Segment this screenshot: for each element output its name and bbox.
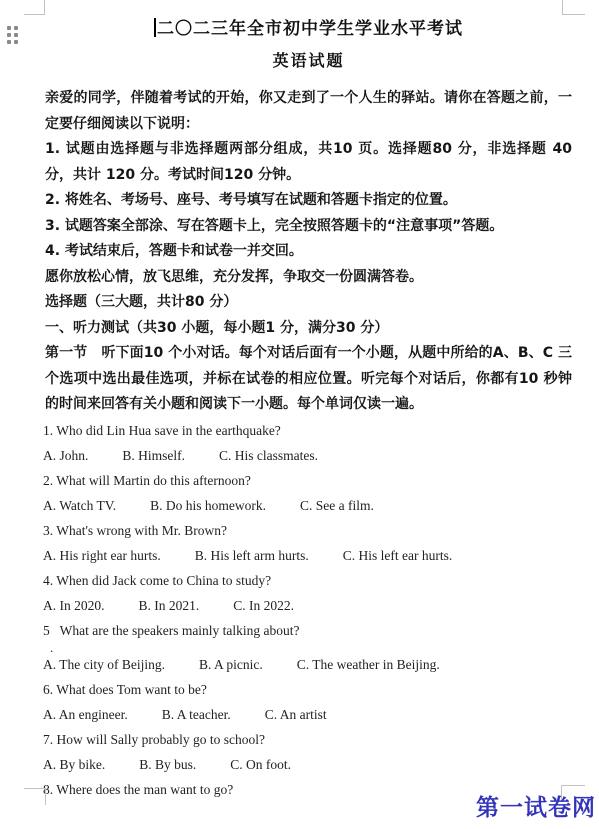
option-a: A. His right ear hurts. (43, 548, 161, 563)
listening-section-heading: 一、听力测试（共30 小题，每小题1 分，满分30 分） (45, 316, 572, 342)
question-options: A. John.B. Himself.C. His classmates. (43, 443, 572, 468)
drag-handle-icon[interactable] (7, 26, 18, 44)
option-c: C. On foot. (230, 757, 291, 772)
option-a: A. John. (43, 448, 88, 463)
notice-section: 亲爱的同学，伴随着考试的开始，你又走到了一个人生的驿站。请你在答题之前，一定要仔… (45, 86, 572, 418)
question-text: 6. What does Tom want to be? (43, 677, 572, 702)
corner-mark-bottom-left-icon (24, 788, 46, 805)
question-text: 7. How will Sally probably go to school? (43, 727, 572, 752)
option-a: A. Watch TV. (43, 498, 116, 513)
text-cursor-caret (154, 18, 156, 37)
part1-intro-paragraph: 第一节 听下面10 个小对话。每个对话后面有一个小题，从题中所给的A、B、C 三… (45, 341, 572, 418)
option-b: B. In 2021. (139, 598, 200, 613)
option-b: B. Do his homework. (150, 498, 266, 513)
question-options: A. His right ear hurts.B. His left arm h… (43, 543, 572, 568)
question-options: A. An engineer.B. A teacher.C. An artist (43, 702, 572, 727)
option-a: A. By bike. (43, 757, 105, 772)
option-c: C. His left ear hurts. (343, 548, 452, 563)
instruction-item-1: 1. 试题由选择题与非选择题两部分组成，共10 页。选择题80 分，非选择题 4… (45, 137, 572, 188)
choice-section-heading: 选择题（三大题，共计80 分） (45, 290, 572, 316)
option-a: A. In 2020. (43, 598, 105, 613)
instruction-item-4: 4. 考试结束后，答题卡和试卷一并交回。 (45, 239, 572, 265)
question-options: A. In 2020.B. In 2021.C. In 2022. (43, 593, 572, 618)
question-block-5: 5 What are the speakers mainly talking a… (45, 618, 572, 677)
questions-list: 1. Who did Lin Hua save in the earthquak… (45, 418, 572, 802)
corner-mark-top-left-icon (24, 0, 45, 15)
option-b: B. Himself. (122, 448, 185, 463)
question-options: A. Watch TV.B. Do his homework.C. See a … (43, 493, 572, 518)
exam-document-page: 二〇二三年全市初中学生学业水平考试 英语试题 亲爱的同学，伴随着考试的开始，你又… (0, 0, 599, 829)
option-c: C. See a film. (300, 498, 374, 513)
question-text: 3. What's wrong with Mr. Brown? (43, 518, 572, 543)
exam-subtitle: 英语试题 (45, 49, 572, 73)
question-text: 5 What are the speakers mainly talking a… (43, 618, 572, 643)
document-content: 二〇二三年全市初中学生学业水平考试 英语试题 亲爱的同学，伴随着考试的开始，你又… (0, 0, 599, 802)
corner-mark-top-right-icon (562, 0, 585, 15)
wish-line: 愿你放松心情，放飞思维，充分发挥，争取交一份圆满答卷。 (45, 265, 572, 291)
question-options: A. By bike.B. By bus.C. On foot. (43, 752, 572, 777)
site-watermark-link[interactable]: 第一试卷网 (476, 789, 596, 822)
question-text: 2. What will Martin do this afternoon? (43, 468, 572, 493)
option-b: B. A picnic. (199, 657, 263, 672)
stray-period-mark: . (50, 643, 572, 652)
option-c: C. In 2022. (233, 598, 294, 613)
exam-title: 二〇二三年全市初中学生学业水平考试 (45, 16, 572, 42)
question-block-2: 2. What will Martin do this afternoon? A… (45, 468, 572, 518)
instruction-item-3: 3. 试题答案全部涂、写在答题卡上，完全按照答题卡的“注意事项”答题。 (45, 214, 572, 240)
option-c: C. The weather in Beijing. (297, 657, 440, 672)
question-options: A. The city of Beijing.B. A picnic.C. Th… (43, 652, 572, 677)
option-a: A. The city of Beijing. (43, 657, 165, 672)
option-b: B. By bus. (139, 757, 196, 772)
option-b: B. A teacher. (162, 707, 231, 722)
option-b: B. His left arm hurts. (195, 548, 309, 563)
option-c: C. An artist (265, 707, 327, 722)
question-text: 4. When did Jack come to China to study? (43, 568, 572, 593)
greeting-paragraph: 亲爱的同学，伴随着考试的开始，你又走到了一个人生的驿站。请你在答题之前，一定要仔… (45, 86, 572, 137)
question-text: 1. Who did Lin Hua save in the earthquak… (43, 418, 572, 443)
question-block-3: 3. What's wrong with Mr. Brown? A. His r… (45, 518, 572, 568)
question-block-4: 4. When did Jack come to China to study?… (45, 568, 572, 618)
option-c: C. His classmates. (219, 448, 318, 463)
exam-title-text: 二〇二三年全市初中学生学业水平考试 (157, 19, 463, 39)
instruction-item-2: 2. 将姓名、考场号、座号、考号填写在试题和答题卡指定的位置。 (45, 188, 572, 214)
question-block-1: 1. Who did Lin Hua save in the earthquak… (45, 418, 572, 468)
question-block-7: 7. How will Sally probably go to school?… (45, 727, 572, 777)
question-block-6: 6. What does Tom want to be? A. An engin… (45, 677, 572, 727)
option-a: A. An engineer. (43, 707, 128, 722)
